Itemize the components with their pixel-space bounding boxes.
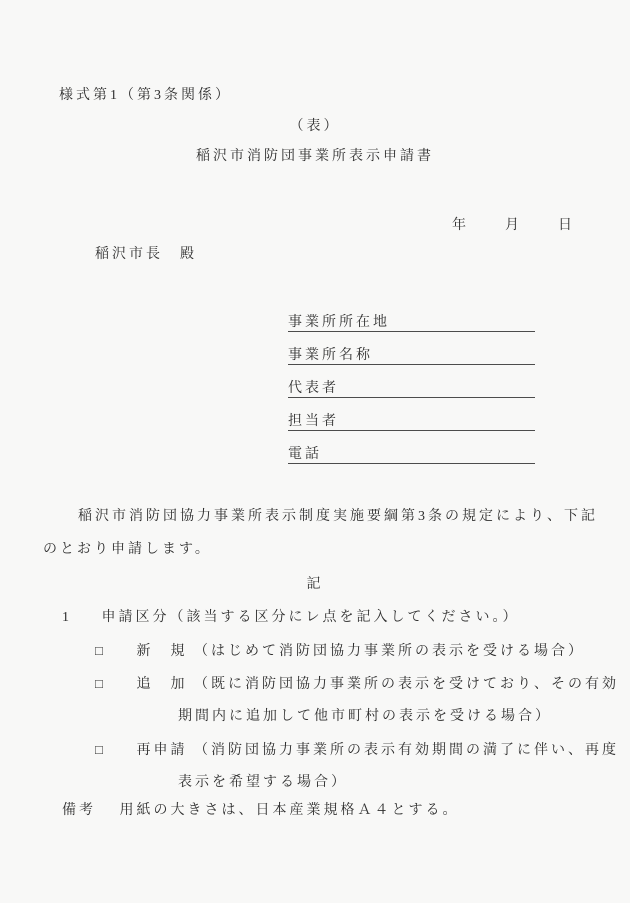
field-phone-label: 電話 xyxy=(288,447,322,462)
option-reapplication-description: （消防団協力事業所の表示有効期間の満了に伴い、再度 xyxy=(194,743,619,758)
checkbox-reapplication-icon[interactable]: □ xyxy=(95,742,130,758)
option-reapplication-description-line2: 表示を希望する場合） xyxy=(178,775,348,791)
field-contact-person-label: 担当者 xyxy=(288,414,339,429)
option-addition: □ 追 加 （既に消防団協力事業所の表示を受けており、その有効 xyxy=(95,676,619,693)
field-business-address[interactable]: 事業所所在地 xyxy=(288,315,535,332)
field-business-address-label: 事業所所在地 xyxy=(288,315,390,330)
form-number: 様式第1（第3条関係） xyxy=(59,88,232,104)
front-side-label: （表） xyxy=(0,119,630,135)
field-phone[interactable]: 電話 xyxy=(288,447,535,464)
addressee: 稲沢市長 殿 xyxy=(95,247,197,263)
date-line: 年 月 日 xyxy=(452,218,572,234)
day-label: 日 xyxy=(558,218,572,234)
option-new-description: （はじめて消防団協力事業所の表示を受ける場合） xyxy=(194,644,585,659)
option-new-label: 新 規 xyxy=(137,644,188,660)
option-reapplication-label: 再申請 xyxy=(137,743,188,759)
body-line-2: のとおり申請します。 xyxy=(43,542,212,558)
checkbox-addition-icon[interactable]: □ xyxy=(95,676,130,692)
field-representative[interactable]: 代表者 xyxy=(288,381,535,398)
record-marker: 記 xyxy=(0,577,630,593)
option-addition-description: （既に消防団協力事業所の表示を受けており、その有効 xyxy=(194,677,619,692)
option-addition-description-line2: 期間内に追加して他市町村の表示を受ける場合） xyxy=(178,709,552,725)
option-reapplication: □ 再申請 （消防団協力事業所の表示有効期間の満了に伴い、再度 xyxy=(95,742,619,759)
application-form-page: 様式第1（第3条関係） （表） 稲沢市消防団事業所表示申請書 年 月 日 稲沢市… xyxy=(0,0,630,903)
checkbox-new-icon[interactable]: □ xyxy=(95,643,130,659)
note-text: 用紙の大きさは、日本産業規格Ａ４とする。 xyxy=(120,803,460,818)
section-1-heading: 1 申請区分（該当する区分にレ点を記入してください。） xyxy=(62,610,520,626)
field-representative-label: 代表者 xyxy=(288,381,339,396)
month-label: 月 xyxy=(505,218,519,234)
option-new: □ 新 規 （はじめて消防団協力事業所の表示を受ける場合） xyxy=(95,643,585,660)
field-contact-person[interactable]: 担当者 xyxy=(288,414,535,431)
note-label: 備考 xyxy=(62,803,113,819)
field-business-name[interactable]: 事業所名称 xyxy=(288,348,535,365)
document-title: 稲沢市消防団事業所表示申請書 xyxy=(0,149,630,165)
note-line: 備考 用紙の大きさは、日本産業規格Ａ４とする。 xyxy=(62,803,460,819)
section-1-number: 1 xyxy=(62,610,95,626)
option-addition-label: 追 加 xyxy=(137,677,188,693)
field-business-name-label: 事業所名称 xyxy=(288,348,373,363)
body-line-1: 稲沢市消防団協力事業所表示制度実施要綱第3条の規定により、下記 xyxy=(78,509,598,525)
year-label: 年 xyxy=(452,218,466,234)
section-1-heading-text: 申請区分（該当する区分にレ点を記入してください。） xyxy=(102,610,520,625)
